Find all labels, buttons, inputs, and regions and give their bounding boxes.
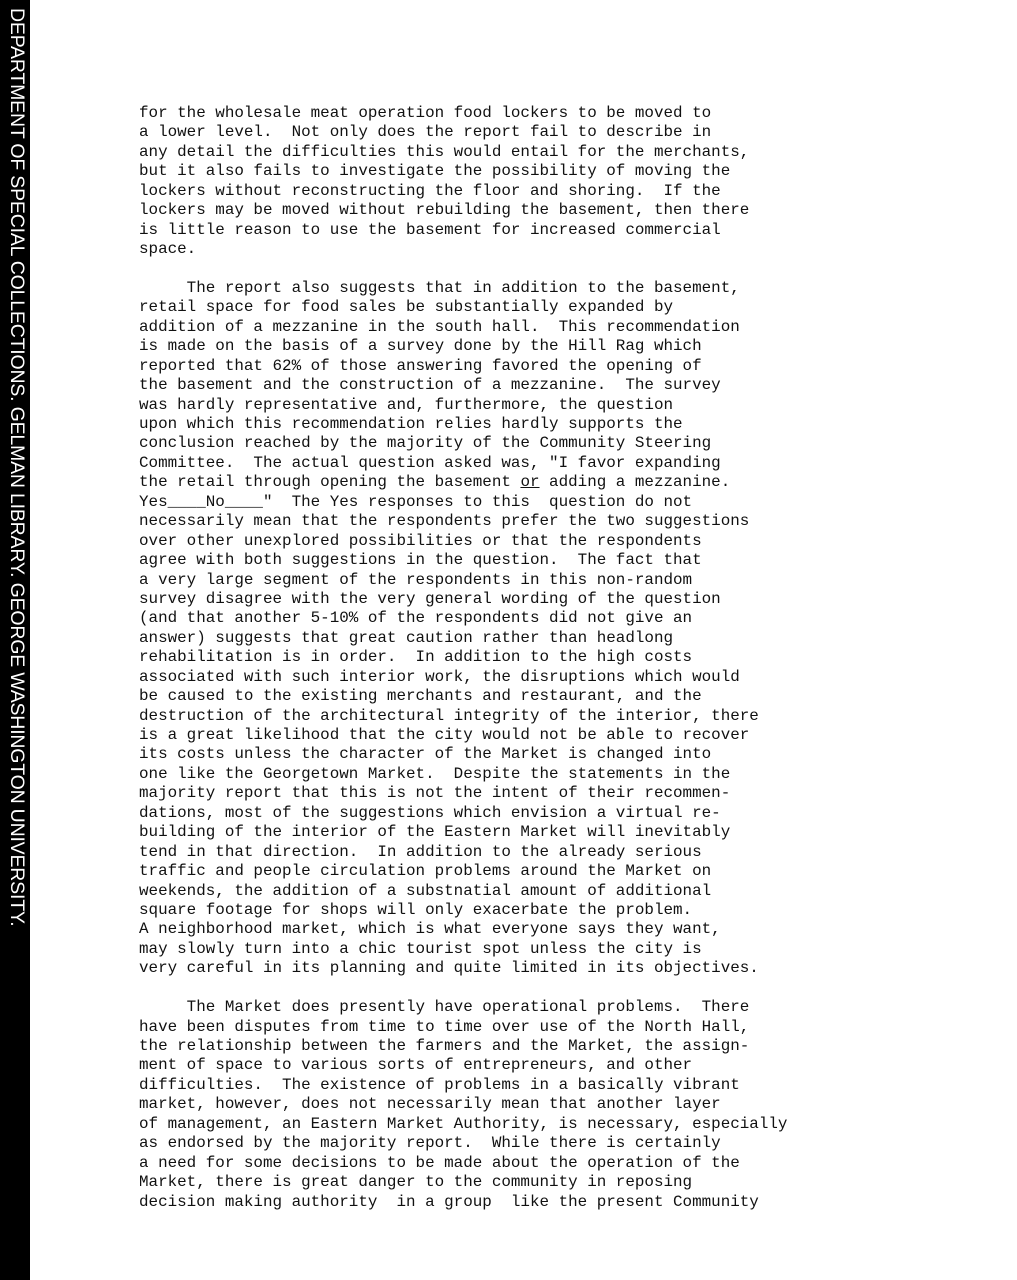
text-line: is little reason to use the basement for… bbox=[139, 221, 999, 240]
text-line: upon which this recommendation relies ha… bbox=[139, 415, 999, 434]
text-line: was hardly representative and, furthermo… bbox=[139, 396, 999, 415]
document-page: for the wholesale meat operation food lo… bbox=[139, 104, 999, 1212]
text-line: destruction of the architectural integri… bbox=[139, 707, 999, 726]
text-line: have been disputes from time to time ove… bbox=[139, 1018, 999, 1037]
text-line: lockers may be moved without rebuilding … bbox=[139, 201, 999, 220]
text-line: square footage for shops will only exace… bbox=[139, 901, 999, 920]
paragraph-3: The Market does presently have operation… bbox=[139, 998, 999, 1212]
text-line: agree with both suggestions in the quest… bbox=[139, 551, 999, 570]
text-line: traffic and people circulation problems … bbox=[139, 862, 999, 881]
text-line: retail space for food sales be substanti… bbox=[139, 298, 999, 317]
text-line: may slowly turn into a chic tourist spot… bbox=[139, 940, 999, 959]
text-line: space. bbox=[139, 240, 999, 259]
text-line: one like the Georgetown Market. Despite … bbox=[139, 765, 999, 784]
paragraph-2: The report also suggests that in additio… bbox=[139, 279, 999, 979]
text-line: its costs unless the character of the Ma… bbox=[139, 745, 999, 764]
text-line: tend in that direction. In addition to t… bbox=[139, 843, 999, 862]
text-line: majority report that this is not the int… bbox=[139, 784, 999, 803]
text-line: the basement and the construction of a m… bbox=[139, 376, 999, 395]
text-line: very careful in its planning and quite l… bbox=[139, 959, 999, 978]
text-line: dations, most of the suggestions which e… bbox=[139, 804, 999, 823]
text-line: A neighborhood market, which is what eve… bbox=[139, 920, 999, 939]
text-line: a lower level. Not only does the report … bbox=[139, 123, 999, 142]
text-line: The report also suggests that in additio… bbox=[139, 279, 999, 298]
text-line: necessarily mean that the respondents pr… bbox=[139, 512, 999, 531]
text-line: decision making authority in a group lik… bbox=[139, 1193, 999, 1212]
text-line: any detail the difficulties this would e… bbox=[139, 143, 999, 162]
archive-credit-text: DEPARTMENT OF SPECIAL COLLECTIONS. GELMA… bbox=[5, 8, 28, 926]
text-line: associated with such interior work, the … bbox=[139, 668, 999, 687]
text-line: the retail through opening the basement … bbox=[139, 473, 999, 492]
paragraph-gap bbox=[139, 260, 999, 279]
text-line: of management, an Eastern Market Authori… bbox=[139, 1115, 999, 1134]
text-line: Market, there is great danger to the com… bbox=[139, 1173, 999, 1192]
text-line: be caused to the existing merchants and … bbox=[139, 687, 999, 706]
text-line: addition of a mezzanine in the south hal… bbox=[139, 318, 999, 337]
text-line: Yes____No____" The Yes responses to this… bbox=[139, 493, 999, 512]
text-line: a very large segment of the respondents … bbox=[139, 571, 999, 590]
text-line: conclusion reached by the majority of th… bbox=[139, 434, 999, 453]
text-line: The Market does presently have operation… bbox=[139, 998, 999, 1017]
text-line: weekends, the addition of a substnatial … bbox=[139, 882, 999, 901]
text-line: lockers without reconstructing the floor… bbox=[139, 182, 999, 201]
text-line: answer) suggests that great caution rath… bbox=[139, 629, 999, 648]
text-line: Committee. The actual question asked was… bbox=[139, 454, 999, 473]
text-line: market, however, does not necessarily me… bbox=[139, 1095, 999, 1114]
text-line: a need for some decisions to be made abo… bbox=[139, 1154, 999, 1173]
text-line: (and that another 5-10% of the responden… bbox=[139, 609, 999, 628]
text-line: survey disagree with the very general wo… bbox=[139, 590, 999, 609]
text-line: reported that 62% of those answering fav… bbox=[139, 357, 999, 376]
text-line: is made on the basis of a survey done by… bbox=[139, 337, 999, 356]
paragraph-1: for the wholesale meat operation food lo… bbox=[139, 104, 999, 260]
text-line: for the wholesale meat operation food lo… bbox=[139, 104, 999, 123]
text-line: but it also fails to investigate the pos… bbox=[139, 162, 999, 181]
text-line: difficulties. The existence of problems … bbox=[139, 1076, 999, 1095]
paragraph-gap bbox=[139, 979, 999, 998]
text-line: rehabilitation is in order. In addition … bbox=[139, 648, 999, 667]
text-line: as endorsed by the majority report. Whil… bbox=[139, 1134, 999, 1153]
archive-sidebar: DEPARTMENT OF SPECIAL COLLECTIONS. GELMA… bbox=[0, 0, 30, 1280]
text-line: over other unexplored possibilities or t… bbox=[139, 532, 999, 551]
text-line: the relationship between the farmers and… bbox=[139, 1037, 999, 1056]
text-line: is a great likelihood that the city woul… bbox=[139, 726, 999, 745]
text-line: ment of space to various sorts of entrep… bbox=[139, 1056, 999, 1075]
text-line: building of the interior of the Eastern … bbox=[139, 823, 999, 842]
